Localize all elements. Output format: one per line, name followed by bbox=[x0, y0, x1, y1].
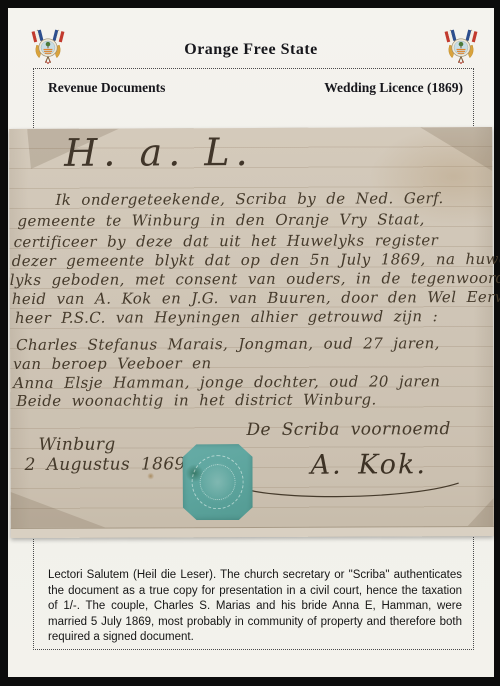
handwritten-line: lyks geboden, met consent van ouders, in… bbox=[10, 269, 500, 289]
section-label-left: Revenue Documents bbox=[48, 80, 165, 96]
second-leaf-edge bbox=[11, 526, 494, 538]
signature-flourish bbox=[233, 479, 463, 502]
album-page: Orange Free State Revenue Documents Wedd… bbox=[8, 8, 494, 677]
folded-corner bbox=[11, 492, 111, 530]
folded-corner bbox=[466, 498, 494, 528]
stamp-embossed-ring bbox=[200, 464, 236, 500]
octagonal-revenue-stamp-icon bbox=[182, 444, 252, 520]
document-heading: H. a. L. bbox=[9, 130, 309, 175]
handwritten-line: Ik ondergeteekende, Scriba by de Ned. Ge… bbox=[55, 189, 443, 209]
handwritten-line: Anna Elsje Hamman, jonge dochter, oud 20… bbox=[13, 372, 440, 392]
handwritten-line: certificeer by deze dat uit het Huwelyks… bbox=[14, 231, 439, 251]
handwritten-line: Charles Stefanus Marais, Jongman, oud 27… bbox=[16, 334, 440, 354]
handwritten-line: heer P.S.C. van Heyningen alhier getrouw… bbox=[15, 307, 438, 327]
wedding-licence-document: H. a. L. Ik ondergeteekende, Scriba by d… bbox=[9, 127, 494, 538]
page-title: Orange Free State bbox=[8, 41, 494, 59]
handwritten-line: gemeente te Winburg in den Oranje Vry St… bbox=[17, 210, 424, 230]
handwritten-line: heid van A. Kok en J.G. van Buuren, door… bbox=[12, 288, 500, 308]
handwritten-line: Beide woonachtig in het district Winburg… bbox=[16, 390, 376, 410]
section-label-right: Wedding Licence (1869) bbox=[324, 80, 463, 96]
folded-corner bbox=[420, 127, 492, 171]
place-line: Winburg bbox=[38, 435, 115, 455]
date-line: 2 Augustus 1869. bbox=[25, 454, 192, 475]
scriba-line: De Scriba voornoemd bbox=[246, 419, 450, 440]
handwritten-line: dezer gemeente blykt dat op den 5n July … bbox=[12, 250, 500, 270]
signature: A. Kok. bbox=[311, 449, 427, 481]
caption-text: Lectori Salutem (Heil die Leser). The ch… bbox=[48, 568, 462, 646]
handwritten-line: van beroep Veeboer en bbox=[13, 354, 211, 373]
